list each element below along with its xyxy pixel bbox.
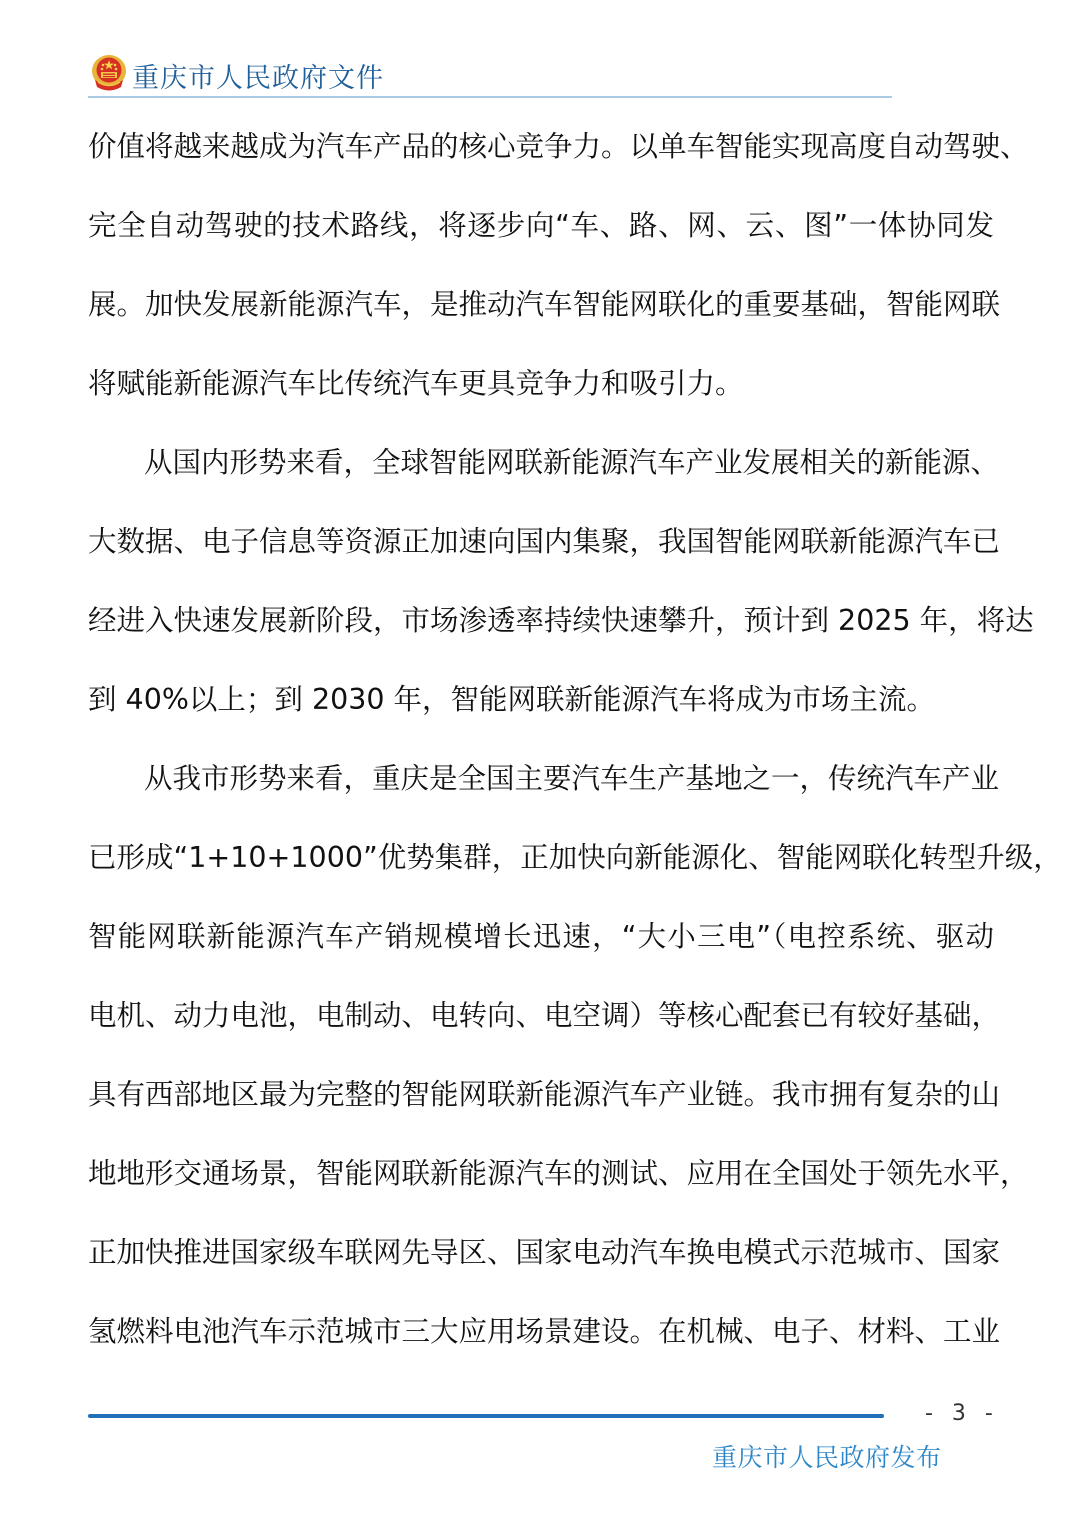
body-line: 到 40%以上；到 2030 年，智能网联新能源汽车将成为市场主流。 — [88, 671, 994, 750]
body-line: 大数据、电子信息等资源正加速向国内集聚，我国智能网联新能源汽车已 — [88, 513, 994, 592]
body-line: 已形成“1+10+1000”优势集群，正加快向新能源化、智能网联化转型升级， — [88, 829, 994, 908]
body-line: 氢燃料电池汽车示范城市三大应用场景建设。在机械、电子、材料、工业 — [88, 1303, 994, 1382]
body-line: 智能网联新能源汽车产销规模增长迅速，“大小三电”（电控系统、驱动 — [88, 908, 994, 987]
document-header-title: 重庆市人民政府文件 — [132, 56, 384, 95]
body-line: 正加快推进国家级车联网先导区、国家电动汽车换电模式示范城市、国家 — [88, 1224, 994, 1303]
body-line: 具有西部地区最为完整的智能网联新能源汽车产业链。我市拥有复杂的山 — [88, 1066, 994, 1145]
body-line: 将赋能新能源汽车比传统汽车更具竞争力和吸引力。 — [88, 355, 994, 434]
national-emblem-icon — [90, 54, 128, 94]
footer-publisher: 重庆市人民政府发布 — [712, 1438, 942, 1474]
body-line: 电机、动力电池，电制动、电转向、电空调）等核心配套已有较好基础， — [88, 987, 994, 1066]
header-divider — [88, 96, 892, 98]
page-number: - 3 - — [925, 1401, 999, 1426]
footer-divider — [88, 1414, 884, 1418]
body-line: 地地形交通场景，智能网联新能源汽车的测试、应用在全国处于领先水平， — [88, 1145, 994, 1224]
body-line: 完全自动驾驶的技术路线，将逐步向“车、路、网、云、图”一体协同发 — [88, 197, 994, 276]
paragraph-start-line: 从我市形势来看，重庆是全国主要汽车生产基地之一，传统汽车产业 — [88, 750, 994, 829]
paragraph-start-line: 从国内形势来看，全球智能网联新能源汽车产业发展相关的新能源、 — [88, 434, 994, 513]
document-header: 重庆市人民政府文件 — [88, 52, 892, 100]
document-body: 价值将越来越成为汽车产品的核心竞争力。以单车智能实现高度自动驾驶、 完全自动驾驶… — [88, 118, 994, 1382]
body-line: 展。加快发展新能源汽车，是推动汽车智能网联化的重要基础，智能网联 — [88, 276, 994, 355]
body-line: 价值将越来越成为汽车产品的核心竞争力。以单车智能实现高度自动驾驶、 — [88, 118, 994, 197]
body-line: 经进入快速发展新阶段，市场渗透率持续快速攀升，预计到 2025 年，将达 — [88, 592, 994, 671]
